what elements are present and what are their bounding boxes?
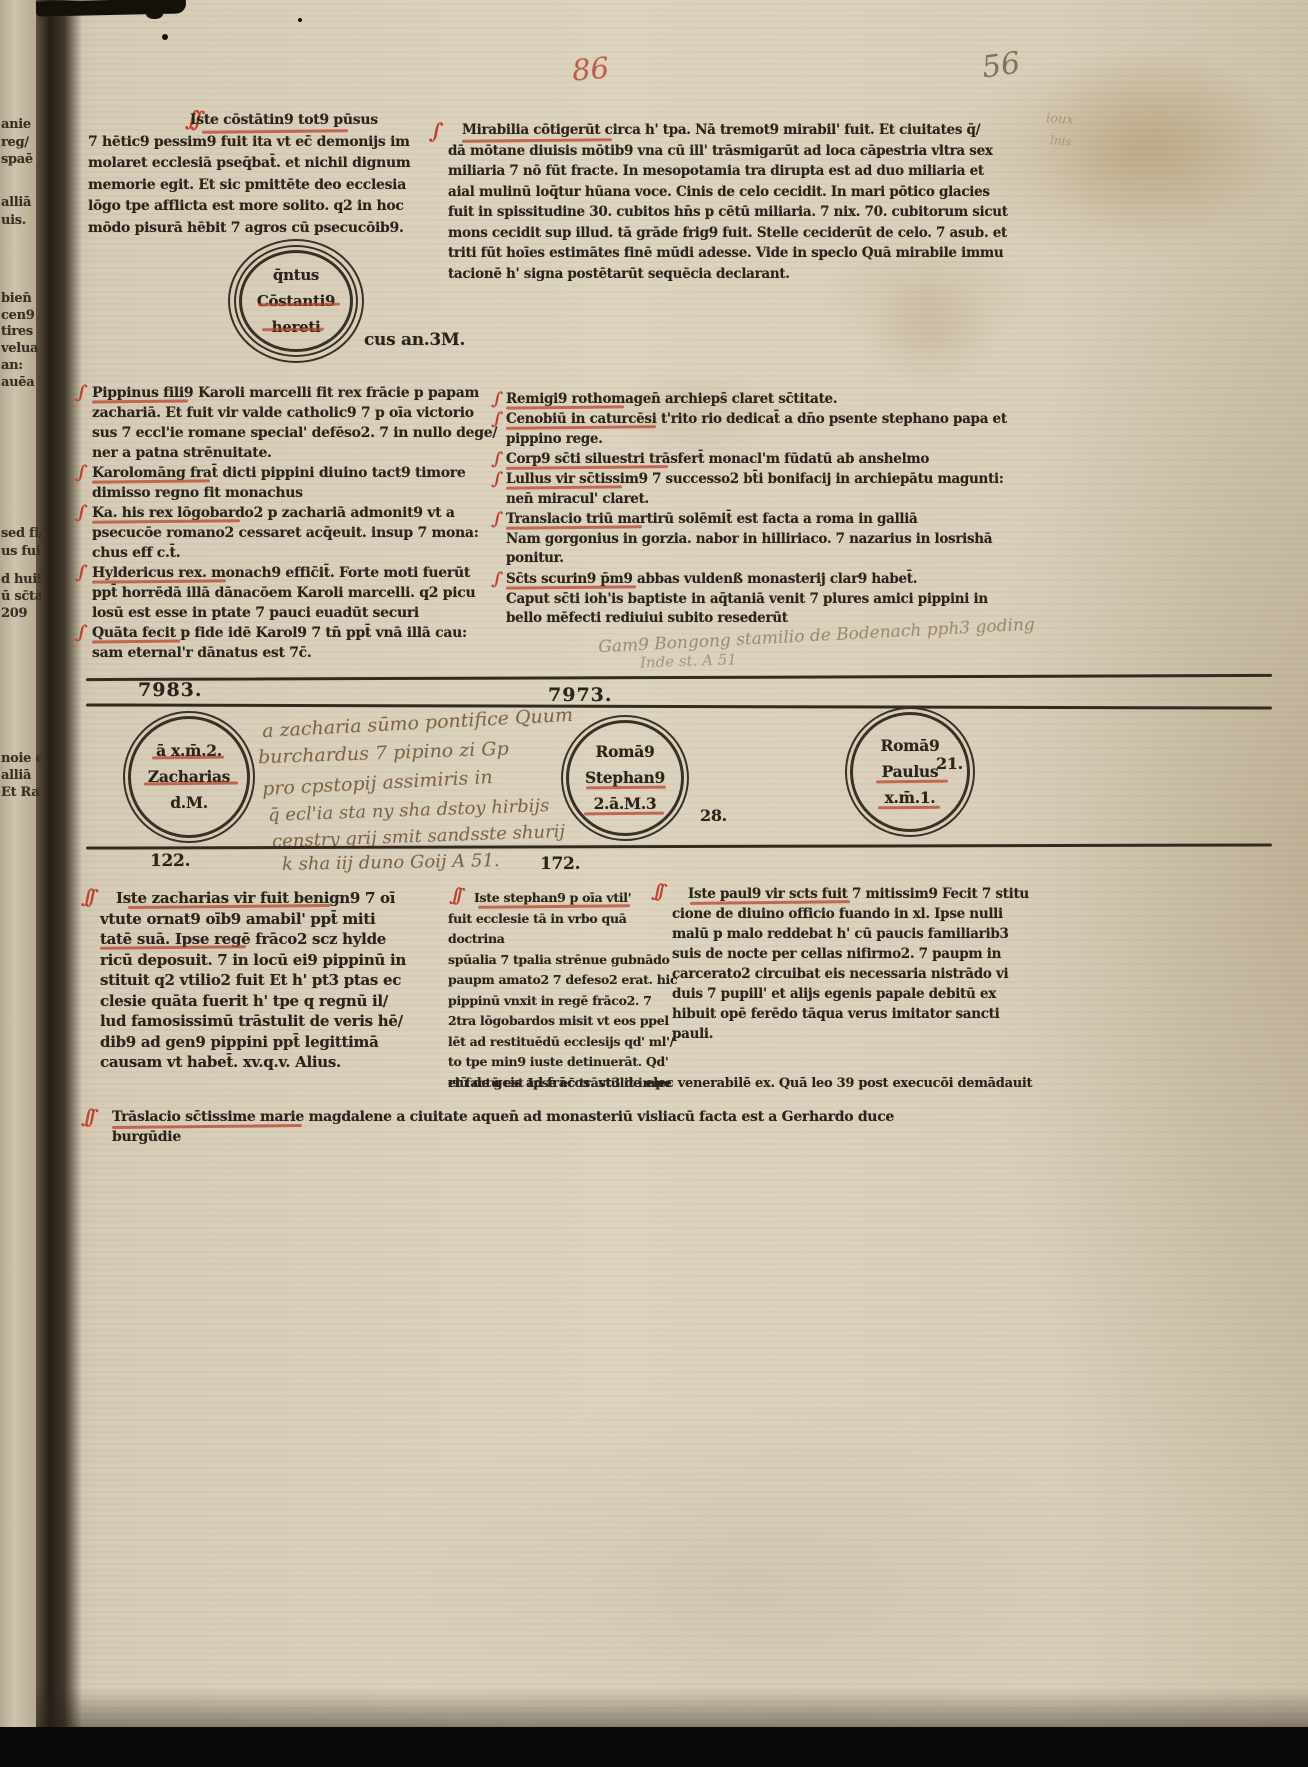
regnal-years-paulus: 21.	[936, 754, 963, 773]
entry-rachis: Ka. his rex lōgobardo2 p zachariā admoni…	[92, 503, 500, 563]
era-number-right: 172.	[540, 854, 580, 874]
margin-fragment: alliā	[1, 769, 41, 783]
red-quire-mark: 86	[571, 50, 611, 87]
entry-karolomannus: Karolomāng frat̄ dicti pippini diuino ta…	[92, 463, 500, 503]
rubric-underline	[262, 328, 324, 332]
entry-pippinus: Pippinus fili9 Karoli marcelli fit rex f…	[92, 383, 500, 463]
margin-fragment: ū sc̄ta	[1, 590, 41, 604]
margin-fragment: reg/	[1, 136, 41, 150]
margin-fragment: us fuit	[1, 545, 41, 559]
entry-cenobium: Cenobiū in caturcēsi t'rito rio dedicat̄…	[506, 410, 1054, 449]
roundel-line: Romā9	[881, 733, 940, 759]
roundel-line: Cōstanti9	[257, 288, 335, 314]
margin-fragment: Et Ra	[1, 786, 41, 800]
margin-fragment: spaē	[1, 153, 41, 167]
anno-mundi-year-left: 7983.	[138, 679, 203, 701]
scan-background-band	[0, 1727, 1308, 1767]
faint-marginalia: ioux	[1046, 111, 1075, 128]
biography-paulus: Iste paul9 vir scts fuit 7 mitissim9 Fec…	[672, 884, 1038, 1044]
entry-hyldericus: Hyldericus rex. monach9 effic̄it̄. Forte…	[92, 563, 500, 623]
margin-fragment: d hui9	[1, 573, 41, 587]
roundel-line: q̄ntus	[273, 262, 319, 288]
binding-gutter-shadow	[36, 0, 82, 1727]
margin-fragment: tires	[1, 325, 41, 339]
margin-fragment: sed fi/	[1, 527, 41, 541]
margin-fragment: 209	[1, 607, 41, 621]
roundel-line: ā x.m̄.2.	[156, 738, 222, 764]
roundel-suffix-text: cus an.3M.	[364, 330, 465, 350]
margin-fragment: anie	[1, 118, 41, 132]
margin-fragment: alliā	[1, 196, 41, 210]
ink-speck	[162, 34, 168, 40]
entry-translacio-martirum: Translacio triū martirū solēmit̄ est fac…	[506, 510, 1054, 569]
regnal-years-stephanus: 28.	[700, 806, 727, 825]
roundel-constantius: q̄ntus Cōstanti9 hereti	[239, 250, 353, 352]
margin-fragment: cen9	[1, 309, 41, 323]
handwritten-annotation-line: k sha iij duno Goij A 51.	[282, 850, 500, 875]
biography-stephanus: Iste stephan9 p oīa vtil' fuit ecclesie …	[448, 888, 683, 1093]
roundel-stephanus: Romā9 Stephan9 2.ā.M.3	[566, 720, 684, 836]
margin-fragment: velua	[1, 342, 41, 356]
roundel-line: Romā9	[596, 739, 655, 765]
faint-marginalia: lnis	[1049, 133, 1072, 149]
chronicle-paragraph-mirabilia: Mirabilia cōtigerūt circa h' tpa. Nā tre…	[448, 120, 1040, 284]
entry-lullus: Lullus vir sc̄tissim9 7 successo2 bt̄i b…	[506, 470, 1054, 509]
handwritten-annotation: Inde st. A 51	[640, 650, 737, 671]
margin-fragment: an:	[1, 359, 41, 373]
margin-fragment: bien̄	[1, 292, 41, 306]
margin-fragment: auēa	[1, 376, 41, 390]
biography-stephanus-runover: riū de gcis ad frācos. vt3 de elec vener…	[448, 1074, 1098, 1094]
entry-quanta-fecit: Quāta fecit p fide idē Karol9 7 tn̄ ppt̄…	[92, 623, 500, 663]
roundel-zacharias: ā x.m̄.2. Zacharias d.M.	[128, 716, 250, 838]
ink-speck	[146, 8, 163, 19]
page-bottom-shadow	[36, 1688, 1308, 1727]
margin-fragment: noie et	[1, 752, 41, 766]
scanned-book-page: anie reg/ spaē alliā uis. bien̄ cen9 tir…	[0, 0, 1308, 1767]
folio-number: 56	[980, 46, 1023, 86]
roundel-line: Zacharias	[148, 764, 230, 790]
biography-zacharias: Iste zacharias vir fuit benign9 7 oī vtu…	[100, 888, 440, 1073]
margin-fragment: uis.	[1, 214, 41, 228]
adjacent-page-edge	[0, 0, 36, 1727]
anno-mundi-year-right: 7973.	[548, 684, 613, 706]
era-number-left: 122.	[150, 851, 190, 871]
rubric-underline	[878, 806, 940, 810]
roundel-line: d.M.	[170, 790, 208, 816]
ink-speck	[298, 18, 302, 22]
